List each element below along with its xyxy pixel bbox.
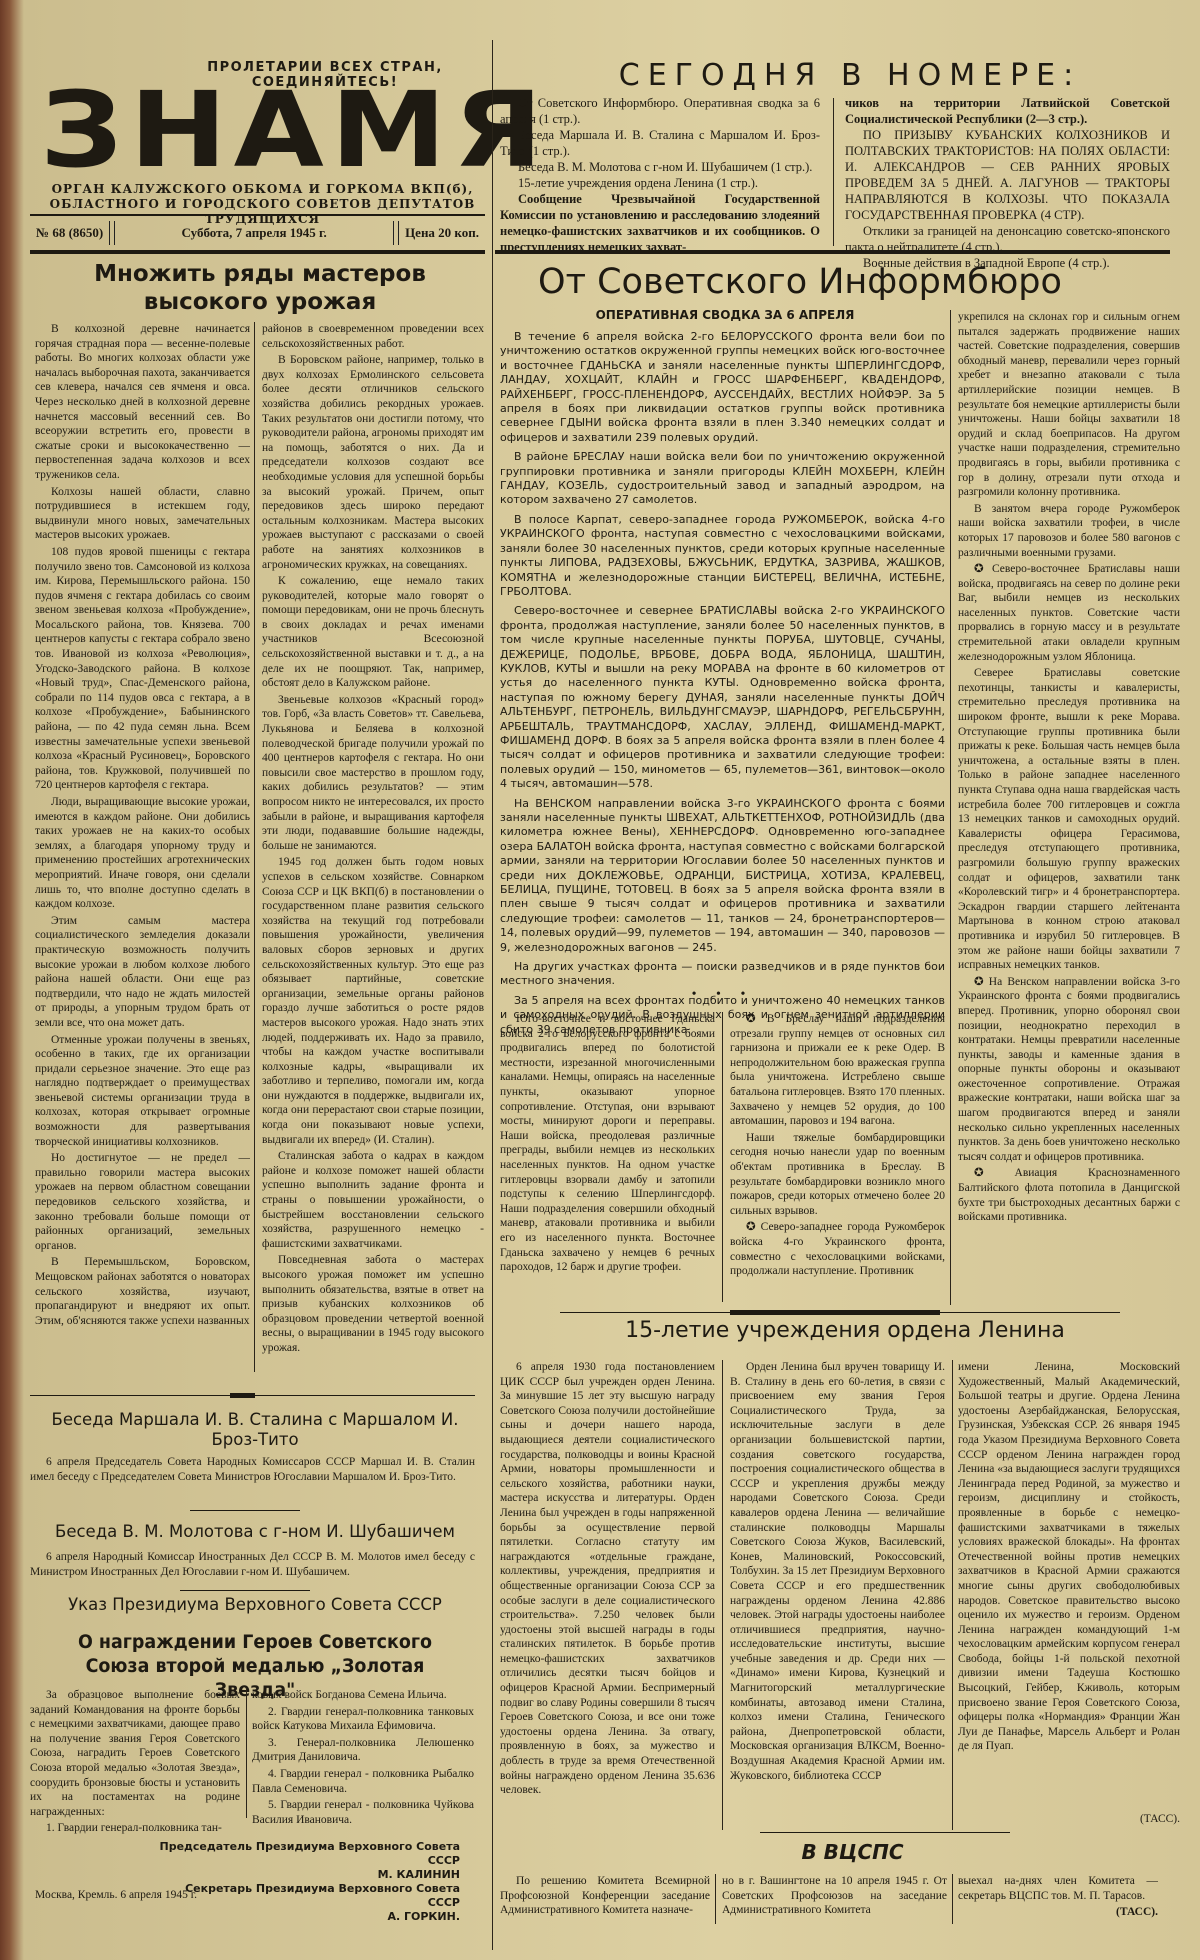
lenin-order-column-1: 6 апреля 1930 года постановлением ЦИК СС… bbox=[500, 1360, 715, 1830]
paragraph: 1945 год должен быть годом новых успехов… bbox=[262, 855, 484, 1147]
vcsps-column-1: По решению Комитета Всемирной Профсоюзно… bbox=[500, 1874, 710, 1920]
molotov-subasic-title: Беседа В. М. Молотова с г-ном И. Шубашич… bbox=[30, 1522, 480, 1542]
decree-signatures: Председатель Президиума Верховного Совет… bbox=[150, 1840, 460, 1924]
paragraph: Наши тяжелые бомбардировщики сегодня ноч… bbox=[730, 1131, 945, 1219]
list-item: 3. Генерал-полковника Лелюшенко Дмитрия … bbox=[252, 1736, 474, 1765]
vcsps-column-2: но в г. Вашингтоне на 10 апреля 1945 г. … bbox=[722, 1874, 947, 1920]
paragraph: На ВЕНСКОМ направлении войска 3-го УКРАИ… bbox=[500, 797, 945, 955]
paragraph: укрепился на склонах гор и сильным огнем… bbox=[958, 310, 1180, 500]
paragraph: Сталинская забота о кадрах в каждом райо… bbox=[262, 1149, 484, 1251]
vcsps-tass-credit: (ТАСС). bbox=[958, 1905, 1158, 1920]
lead-article-column-1: В колхозной деревне начинается горячая с… bbox=[35, 322, 250, 1372]
today-item[interactable]: ПО ПРИЗЫВУ КУБАНСКИХ КОЛХОЗНИКОВ И ПОЛТА… bbox=[845, 127, 1170, 223]
paragraph: 1. Гвардии генерал-полковника тан- bbox=[30, 1821, 240, 1836]
paragraph: В занятом вчера городе Ружомберок наши в… bbox=[958, 502, 1180, 560]
vcsps-title: В ВЦСПС bbox=[500, 1840, 1200, 1864]
decree-place-date: Москва, Кремль. 6 апреля 1945 г. bbox=[35, 1888, 255, 1903]
lead-article-title: Множить ряды мастеров высокого урожая bbox=[35, 260, 485, 316]
molotov-subasic-text: 6 апреля Народный Комиссар Иностранных Д… bbox=[30, 1550, 475, 1581]
issue-bar: № 68 (8650) Суббота, 7 апреля 1945 г. Це… bbox=[30, 218, 485, 248]
section-divider: • • • bbox=[500, 987, 945, 1003]
paragraph: На других участках фронта — поиски разве… bbox=[500, 960, 945, 989]
paragraph: В Перемышльском, Боровском, Мещовском ра… bbox=[35, 1255, 250, 1328]
paragraph: 6 апреля 1930 года постановлением ЦИК СС… bbox=[500, 1360, 715, 1798]
list-item: 5. Гвардии генерал - полковника Чуйкова … bbox=[252, 1798, 474, 1827]
signature-role: Председатель Президиума Верховного Совет… bbox=[150, 1840, 460, 1868]
sovinformburo-bottom-column-2: ✪ В Бреслау наши подразделения отрезали … bbox=[730, 1012, 945, 1302]
paragraph: Повседневная забота о мастерах высокого … bbox=[262, 1253, 484, 1355]
paragraph: но в г. Вашингтоне на 10 апреля 1945 г. … bbox=[722, 1874, 947, 1918]
paragraph: выехал на-днях член Комитета — секретарь… bbox=[958, 1874, 1158, 1903]
lenin-tass-credit: (ТАСС). bbox=[1100, 1812, 1180, 1827]
paragraph: 6 апреля Председатель Совета Народных Ко… bbox=[30, 1455, 475, 1484]
newspaper-title: ЗНАМЯ bbox=[40, 80, 533, 180]
list-item: ковых войск Богданова Семена Ильича. bbox=[252, 1688, 474, 1703]
paragraph: Северо-восточнее и севернее БРАТИСЛАВЫ в… bbox=[500, 604, 945, 791]
today-column-2: чиков на территории Латвийской Советской… bbox=[845, 95, 1170, 271]
sovinformburo-right-column: укрепился на склонах гор и сильным огнем… bbox=[958, 310, 1180, 1305]
stalin-tito-text: 6 апреля Председатель Совета Народных Ко… bbox=[30, 1455, 475, 1486]
paragraph: 108 пудов яровой пшеницы с гектара получ… bbox=[35, 545, 250, 793]
paragraph: районов в своевременном проведении всех … bbox=[262, 322, 484, 351]
lead-article-column-2: районов в своевременном проведении всех … bbox=[262, 322, 484, 1372]
decree-column-2: ковых войск Богданова Семена Ильича. 2. … bbox=[252, 1688, 474, 1829]
lenin-order-title: 15-летие учреждения ордена Ленина bbox=[500, 1318, 1190, 1343]
issue-number: № 68 (8650) bbox=[30, 225, 109, 241]
today-item[interactable]: Беседа Маршала И. В. Сталина с Маршалом … bbox=[500, 127, 820, 159]
paragraph: В полосе Карпат, северо-западнее города … bbox=[500, 513, 945, 599]
decree-subtitle: Указ Президиума Верховного Совета СССР bbox=[30, 1595, 480, 1614]
paragraph: Звеньевые колхозов «Красный город» тов. … bbox=[262, 693, 484, 854]
paragraph: Колхозы нашей области, славно потрудивши… bbox=[35, 485, 250, 543]
paragraph: За образцовое выполнение боевых заданий … bbox=[30, 1688, 240, 1819]
sovinformburo-title: От Советского Информбюро bbox=[500, 262, 1100, 302]
today-item[interactable]: Сообщение Чрезвычайной Государственной К… bbox=[500, 191, 820, 255]
signature-name: А. ГОРКИН. bbox=[150, 1910, 460, 1924]
paragraph: В Боровском районе, например, только в д… bbox=[262, 353, 484, 572]
lenin-order-column-3: имени Ленина, Московский Художественный,… bbox=[958, 1360, 1180, 1810]
paragraph: Люди, выращивающие высокие урожаи, имеют… bbox=[35, 795, 250, 912]
paragraph: К сожалению, еще немало таких руководите… bbox=[262, 574, 484, 691]
operational-summary: В течение 6 апреля войска 2-го БЕЛОРУССК… bbox=[500, 330, 945, 1042]
paragraph: ✪ В Бреслау наши подразделения отрезали … bbox=[730, 1012, 945, 1129]
paragraph: ✪ Северо-западнее города Ружомберок войс… bbox=[730, 1220, 945, 1278]
vcsps-column-3: выехал на-днях член Комитета — секретарь… bbox=[958, 1874, 1158, 1920]
today-in-issue-title: СЕГОДНЯ В НОМЕРЕ: bbox=[500, 58, 1200, 93]
paragraph: имени Ленина, Московский Художественный,… bbox=[958, 1360, 1180, 1754]
list-item: 4. Гвардии генерал - полковника Рыбалко … bbox=[252, 1767, 474, 1796]
paragraph: Но достигнутое — не предел — правильно г… bbox=[35, 1151, 250, 1253]
stalin-tito-title: Беседа Маршала И. В. Сталина с Маршалом … bbox=[30, 1410, 480, 1450]
sovinformburo-bottom-column-1: Юго-восточнее и восточнее Гданьска войск… bbox=[500, 1012, 715, 1302]
paragraph: ✪ Северо-восточнее Братиславы наши войск… bbox=[958, 562, 1180, 664]
today-item[interactable]: Беседа В. М. Молотова с г-ном И. Шубашич… bbox=[500, 159, 820, 175]
list-item: 2. Гвардии генерал-полковника танковых в… bbox=[252, 1705, 474, 1734]
today-item[interactable]: От Советского Информбюро. Оперативная св… bbox=[500, 95, 820, 127]
paragraph: В районе БРЕСЛАУ наши войска вели бои по… bbox=[500, 450, 945, 508]
lenin-order-column-2: Орден Ленина был вручен товарищу И. В. С… bbox=[730, 1360, 945, 1830]
paragraph: В колхозной деревне начинается горячая с… bbox=[35, 322, 250, 483]
today-item[interactable]: чиков на территории Латвийской Советской… bbox=[845, 95, 1170, 127]
paragraph: Орден Ленина был вручен товарищу И. В. С… bbox=[730, 1360, 945, 1783]
issue-date: Суббота, 7 апреля 1945 г. bbox=[115, 225, 393, 241]
paragraph: Отменные урожаи получены в звеньях, особ… bbox=[35, 1033, 250, 1150]
newspaper-page: ПРОЛЕТАРИИ ВСЕХ СТРАН, СОЕДИНЯЙТЕСЬ! ЗНА… bbox=[0, 0, 1200, 1960]
today-item[interactable]: 15-летие учреждения ордена Ленина (1 стр… bbox=[500, 175, 820, 191]
decree-column-1: За образцовое выполнение боевых заданий … bbox=[30, 1688, 240, 1838]
paragraph: По решению Комитета Всемирной Профсоюзно… bbox=[500, 1874, 710, 1918]
paragraph: ✪ Авиация Краснознаменного Балтийского ф… bbox=[958, 1166, 1180, 1224]
paragraph: Юго-восточнее и восточнее Гданьска войск… bbox=[500, 1012, 715, 1275]
paragraph: Северее Братиславы советские пехотинцы, … bbox=[958, 666, 1180, 972]
paragraph: В течение 6 апреля войска 2-го БЕЛОРУССК… bbox=[500, 330, 945, 445]
sovinformburo-subtitle: ОПЕРАТИВНАЯ СВОДКА ЗА 6 АПРЕЛЯ bbox=[500, 308, 950, 322]
today-column-1: От Советского Информбюро. Оперативная св… bbox=[500, 95, 820, 255]
paragraph: 6 апреля Народный Комиссар Иностранных Д… bbox=[30, 1550, 475, 1579]
paragraph: Этим самым мастера социалистического зем… bbox=[35, 914, 250, 1031]
issue-price: Цена 20 коп. bbox=[399, 225, 485, 241]
paragraph: ✪ На Венском направлении войска 3-го Укр… bbox=[958, 975, 1180, 1165]
signature-name: М. КАЛИНИН bbox=[150, 1868, 460, 1882]
